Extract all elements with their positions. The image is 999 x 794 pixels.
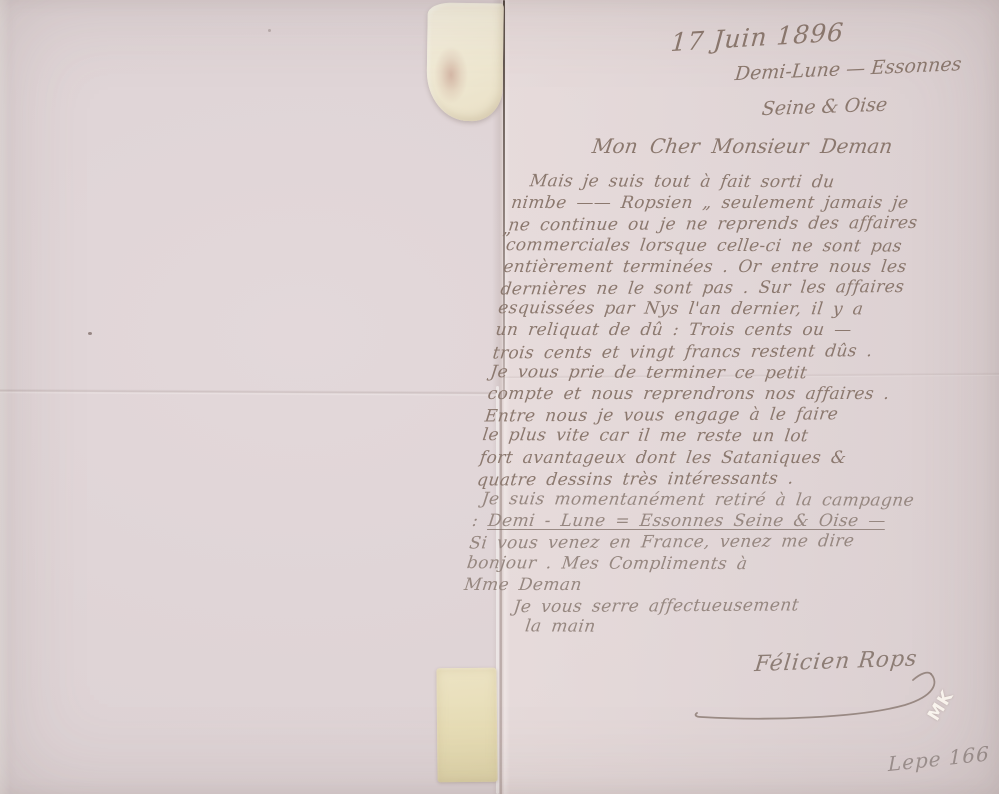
letter-line: bonjour . Mes Compliments à <box>466 553 950 576</box>
letter-line: Si vous venez en France, venez me dire <box>468 531 953 555</box>
letter-line: nimbe —— Ropsien „ seulement jamais je <box>510 193 995 214</box>
letter-line: ne continue ou je ne reprends des affair… <box>507 213 992 237</box>
letter-line: la main <box>458 616 942 639</box>
letter-line: Mais je suis tout à fait sorti du <box>512 171 996 194</box>
letter-line: commerciales lorsque celle-ci ne sont pa… <box>505 235 989 258</box>
letter-line: entièrement terminées . Or entre nous le… <box>502 257 987 278</box>
letter-line: Je vous prie de terminer ce petit <box>489 362 973 385</box>
letter-body: Mais je suis tout à fait sorti dunimbe —… <box>458 172 997 638</box>
letter-line: : Demi - Lune = Essonnes Seine & Oise — <box>471 511 956 532</box>
letter-line: un reliquat de dû : Trois cents ou — <box>494 320 979 341</box>
letter-line: esquissées par Nys l'an dernier, il y a <box>497 298 981 321</box>
paper-speck <box>268 29 271 32</box>
letter-line: Je vous serre affectueusement <box>460 595 945 619</box>
letter-line: compte et nous reprendrons nos affaires … <box>486 384 971 405</box>
patch-stain <box>434 46 468 104</box>
letter-line: quatre dessins très intéressants . <box>476 467 961 491</box>
place-line-2: Seine & Oise <box>761 94 889 120</box>
letter-line: Entre nous je vous engage à le faire <box>484 404 969 428</box>
tape-remnant <box>436 668 497 783</box>
letter-line: Mme Deman <box>463 575 948 596</box>
letter-line: fort avantageux dont les Sataniques & <box>479 448 964 469</box>
paper-speck <box>88 332 92 335</box>
letter-line: le plus vite car il me reste un lot <box>481 426 965 449</box>
signature-flourish <box>675 660 945 732</box>
letter-line: Je suis momentanément retiré à la campag… <box>473 489 957 512</box>
scan-left-edge <box>0 0 10 794</box>
letter-line: trois cents et vingt francs restent dûs … <box>491 340 976 364</box>
letter-scan: 17 Juin 1896 Demi-Lune — Essonnes Seine … <box>0 0 999 794</box>
salutation: Mon Cher Monsieur Deman <box>591 134 894 158</box>
horizontal-fold-crease-left <box>0 389 500 397</box>
letter-line: dernières ne le sont pas . Sur les affai… <box>499 277 984 301</box>
